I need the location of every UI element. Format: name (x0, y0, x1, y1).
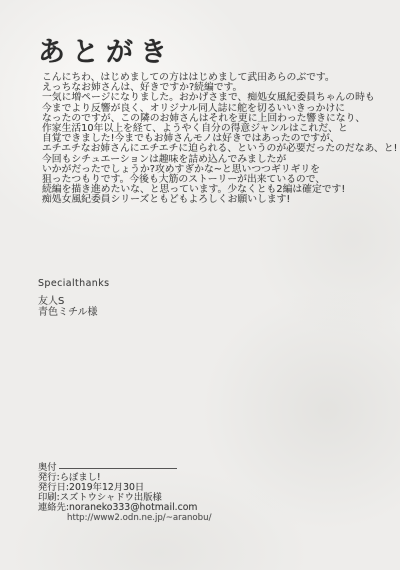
special-thanks-heading: Specialthanks (38, 278, 109, 289)
afterword-body: こんにちわ、はじめましての方ははじめまして武田あらのぶです。 えっちなお姉さんは… (42, 73, 397, 206)
page-title: あとがき (38, 30, 174, 69)
colophon-rule (59, 468, 177, 469)
afterword-line: 痴処女風紀委員シリーズともどもよろしくお願いします! (42, 195, 397, 205)
special-thanks-name: 友人S (38, 297, 109, 308)
colophon-url: http://www2.odn.ne.jp/~aranobu/ (67, 513, 211, 523)
special-thanks-name: 青色ミチル様 (38, 308, 109, 319)
colophon-contact-email: 連絡先:noraneko333@hotmail.com (38, 503, 211, 513)
afterword-page: あとがき こんにちわ、はじめましての方ははじめまして武田あらのぶです。 えっちな… (0, 0, 400, 570)
colophon-section: 奥付 発行:らぼまし! 発行日:2019年12月30日 印刷:スズトウシャドウ出… (38, 463, 211, 523)
special-thanks-section: Specialthanks 友人S 青色ミチル様 (38, 278, 109, 318)
